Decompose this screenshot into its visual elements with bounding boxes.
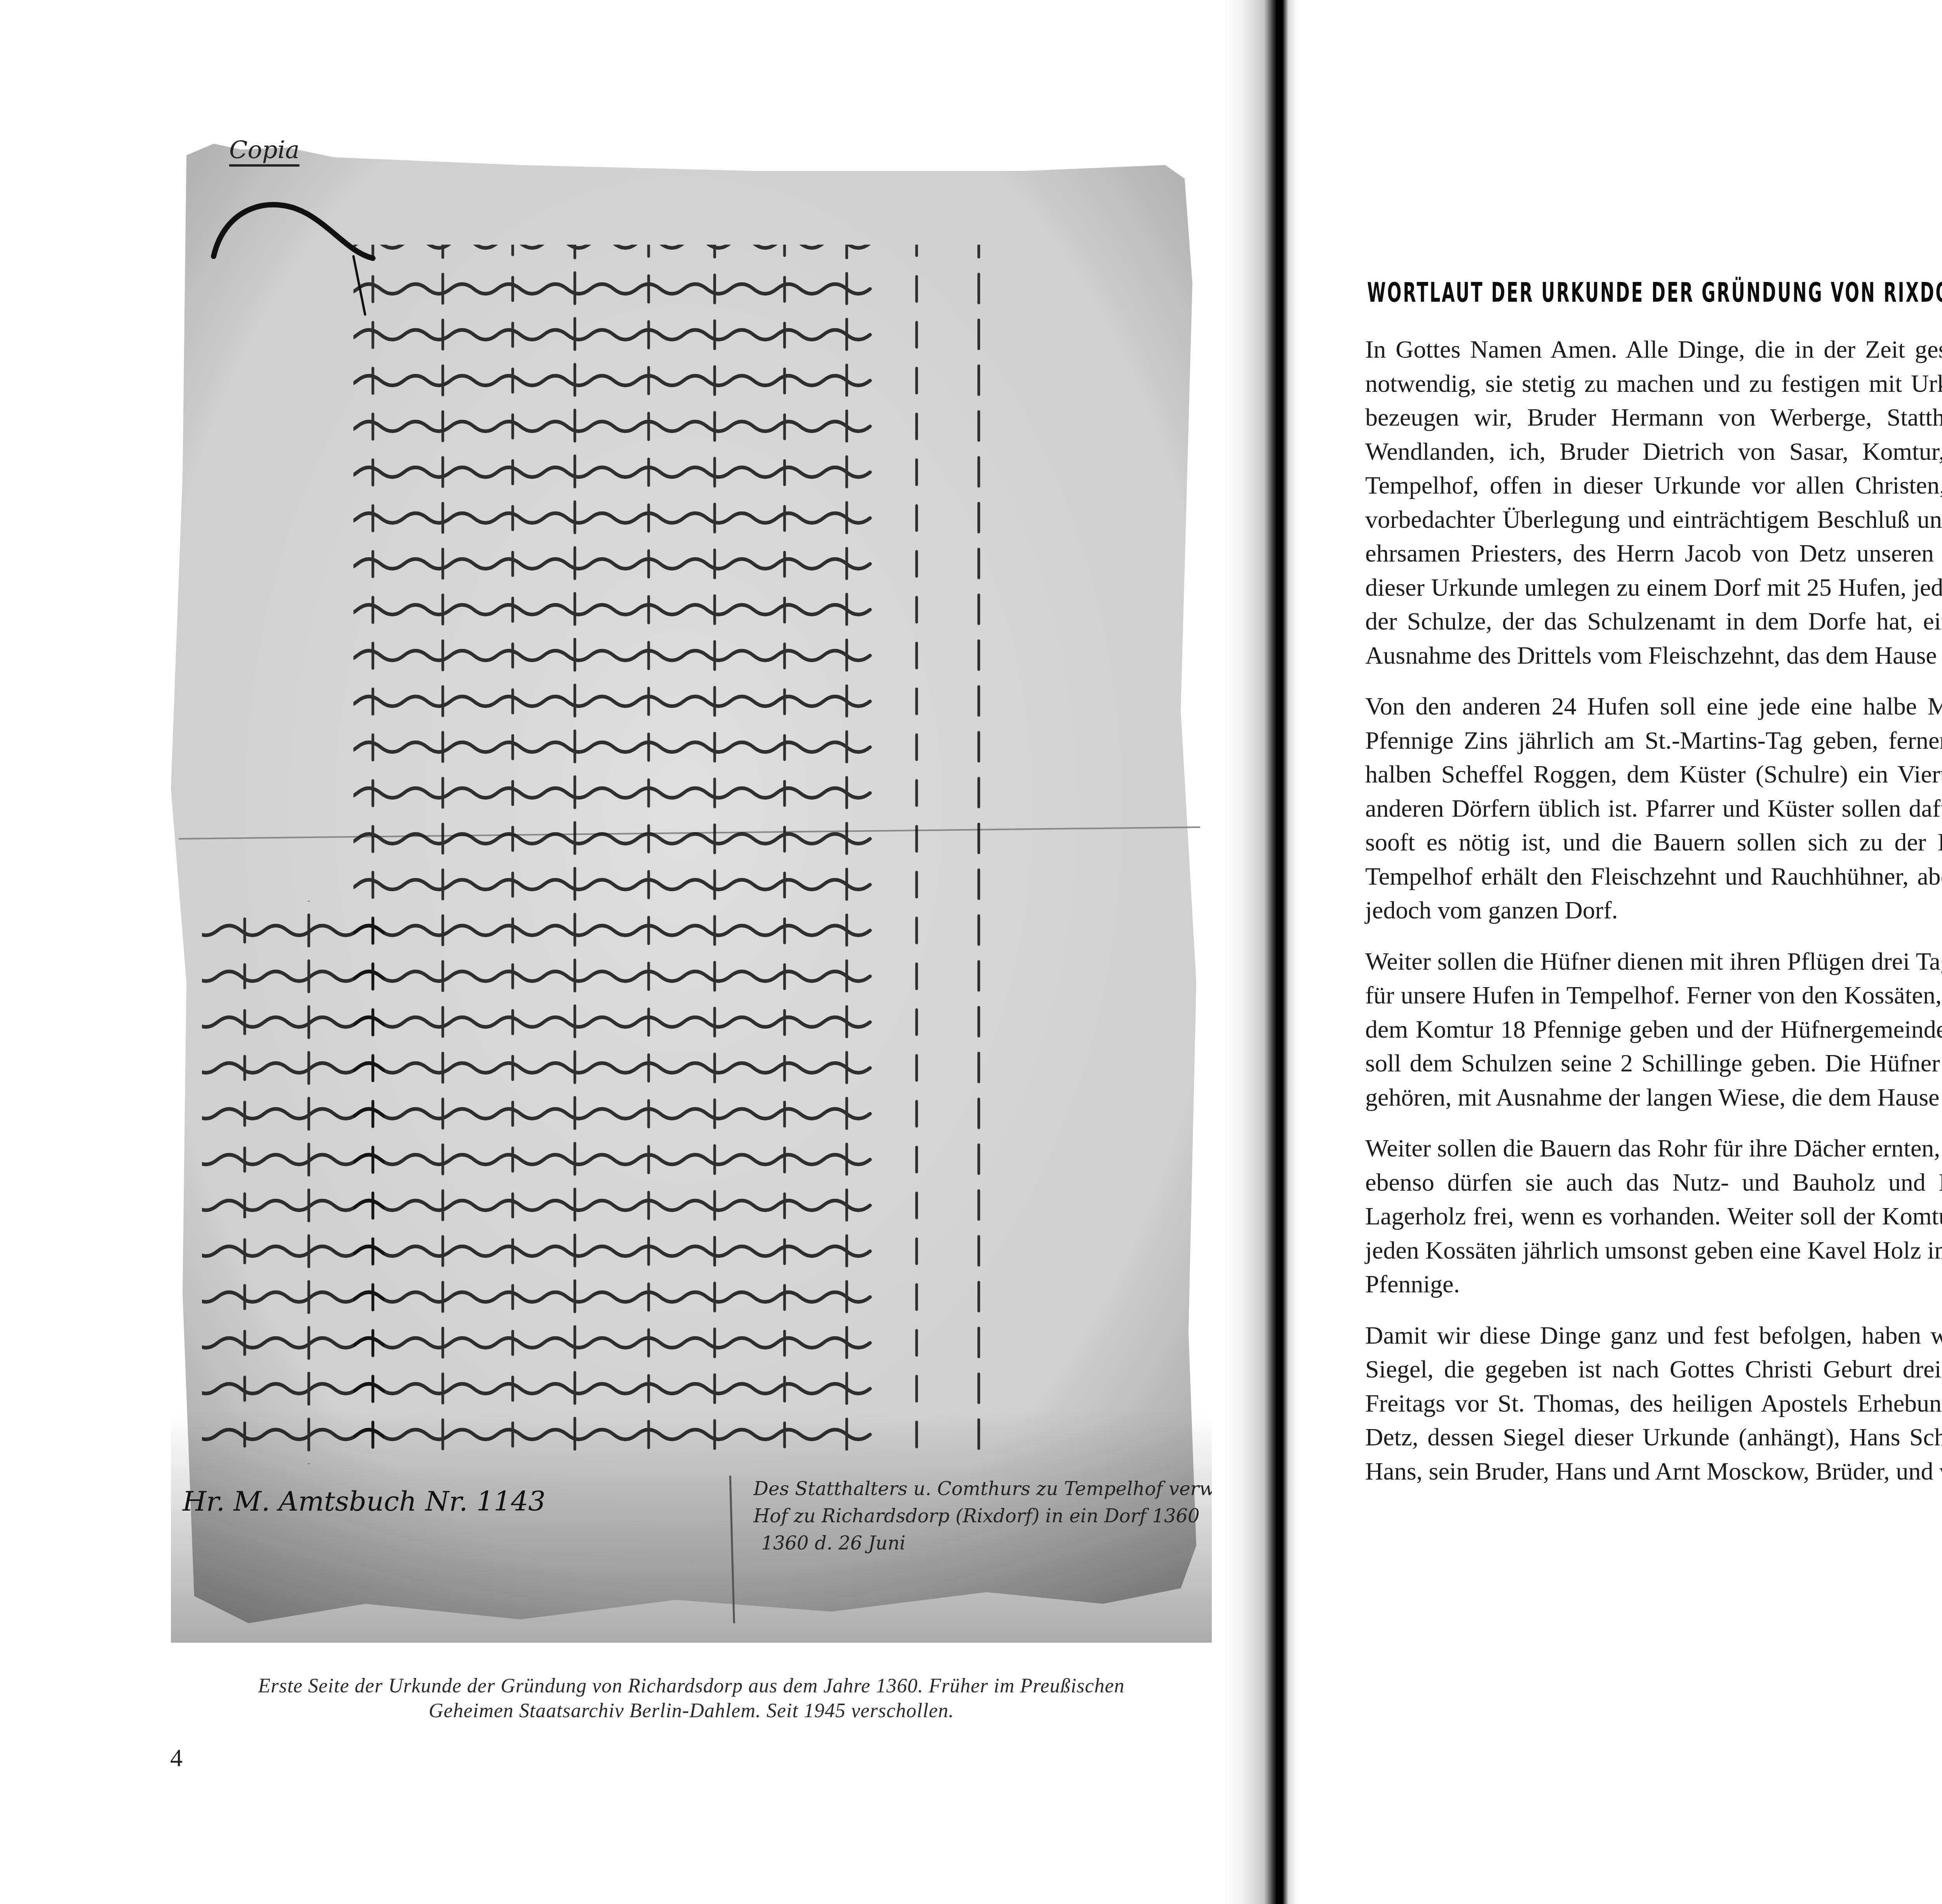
svg-text:Hof zu Richardsdorp (Rixdorf): Hof zu Richardsdorp (Rixdorf) in ein Dor… bbox=[753, 1505, 1200, 1527]
paragraph-3: Weiter sollen die Hüfner dienen mit ihre… bbox=[1365, 944, 1942, 1115]
figure-caption: Erste Seite der Urkunde der Gründung von… bbox=[171, 1674, 1212, 1723]
paragraph-4: Weiter sollen die Bauern das Rohr für ih… bbox=[1365, 1131, 1942, 1301]
page-number-left: 4 bbox=[170, 1744, 183, 1772]
caption-line-2: Geheimen Staatsarchiv Berlin-Dahlem. Sei… bbox=[171, 1699, 1212, 1723]
paragraph-5: Damit wir diese Dinge ganz und fest befo… bbox=[1365, 1318, 1942, 1488]
manuscript-label-copia: Copia bbox=[229, 138, 299, 167]
caption-line-1: Erste Seite der Urkunde der Gründung von… bbox=[171, 1674, 1212, 1699]
manuscript-photo: Hr. M. Amtsbuch Nr. 1143 Des Statthalter… bbox=[171, 128, 1212, 1643]
book-spread: Hr. M. Amtsbuch Nr. 1143 Des Statthalter… bbox=[0, 0, 1942, 1904]
archive-number-label: Hr. M. Amtsbuch Nr. 1143 bbox=[182, 1485, 546, 1517]
paragraph-2: Von den anderen 24 Hufen soll eine jede … bbox=[1365, 689, 1942, 927]
transcription-body: In Gottes Namen Amen. Alle Dinge, die in… bbox=[1365, 332, 1942, 1505]
paragraph-1: In Gottes Namen Amen. Alle Dinge, die in… bbox=[1365, 332, 1942, 672]
svg-text:Des Statthalters u. Comthurs z: Des Statthalters u. Comthurs zu Tempelho… bbox=[753, 1478, 1212, 1500]
svg-text:1360 d. 26 Juni: 1360 d. 26 Juni bbox=[761, 1532, 905, 1554]
page-title: WORTLAUT DER URKUNDE DER GRÜNDUNG VON RI… bbox=[1367, 276, 1942, 308]
book-gutter bbox=[1223, 0, 1297, 1904]
